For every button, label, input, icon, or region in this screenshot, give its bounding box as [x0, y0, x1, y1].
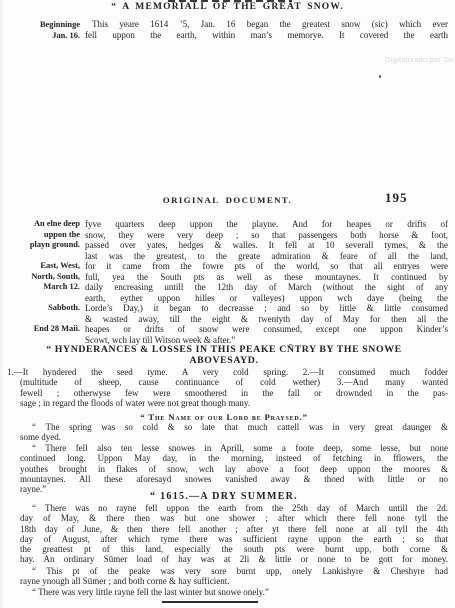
- text-line: day of May, & there then was but one sho…: [20, 513, 448, 523]
- text-line: fell uppon the earth, within man’s memor…: [85, 30, 448, 41]
- text-line: earth, eyther uppon hilles or valleyes) …: [85, 293, 448, 304]
- text-line: hay. An ordinary Sūmer load of hay was a…: [20, 554, 448, 564]
- margin-note: End 28 Maii.: [0, 324, 85, 335]
- margin-note: Beginninge: [0, 19, 85, 30]
- text-line: youthes brought in flakes of snow, wch l…: [20, 464, 448, 474]
- text-line: passed over yates, hedges & walles. It f…: [85, 240, 448, 251]
- winter-paragraph: “ There was very little rayne fell the l…: [20, 587, 448, 597]
- text-row: earth, eyther uppon hilles or valleyes) …: [0, 293, 448, 304]
- snow-paragraph: An elne deep fyve quarters deep uppon th…: [0, 219, 448, 345]
- text-row: East, West, for it came from the fowre p…: [0, 261, 448, 272]
- praysed-heading: “ The Name of our Lord be Praysed.”: [0, 412, 448, 422]
- hynderances-heading: “ HYNDERANCES & LOSSES IN THIS PEAKE CN̄…: [0, 344, 448, 366]
- text-row: & wasted away, till the eight & twentyth…: [0, 314, 448, 325]
- margin-note: Jan. 16.: [0, 30, 85, 41]
- margin-note: An elne deep: [0, 219, 85, 230]
- text-row: North, South, full, yea the South pts as…: [0, 272, 448, 283]
- text-line: mountaynes. All these aforesayd snowes v…: [20, 474, 448, 484]
- text-line: 18th day of June, & then there fell anot…: [20, 524, 448, 534]
- peake-paragraph: “ This pt of the peake was very sore bur…: [20, 566, 448, 587]
- text-line: some dyed.: [20, 432, 448, 442]
- book-page: “ A MEMORIALL OF THE GREAT SNOW. Beginni…: [0, 0, 455, 608]
- text-line: “ The spring was so cold & so late that …: [20, 422, 448, 432]
- text-line: continued long. Uppon May day, in the mo…: [20, 453, 448, 463]
- text-row: March 12. daily encreasing untill the 12…: [0, 282, 448, 293]
- april-snow-paragraph: “ There fell also ten lesse snowes in Ap…: [20, 443, 448, 494]
- dry-summer-paragraph: “ There was no rayne fell uppon the eart…: [20, 503, 448, 565]
- text-line: for it came from the fowre pts of the wo…: [85, 261, 448, 272]
- text-row: uppon the snow, they were very deep ; so…: [0, 230, 448, 241]
- heading-line: ABOVESAYD.: [0, 355, 448, 366]
- text-line: day of August, after which tyme there wa…: [20, 534, 448, 544]
- text-line: snow, they were very deep ; so that pass…: [85, 230, 448, 241]
- margin-note: Sabboth.: [0, 303, 85, 314]
- text-line: (multitude of sheep, cause continuance o…: [20, 377, 448, 387]
- text-line: Lorde’s Day,) it began to decreasse ; an…: [85, 303, 448, 314]
- memorial-title: “ A MEMORIALL OF THE GREAT SNOW.: [0, 2, 455, 12]
- dry-summer-heading: “ 1615.—A DRY SUMMER.: [0, 491, 448, 502]
- text-line: fyve quarters deep uppon the playne. And…: [85, 219, 448, 230]
- text-row: playn ground. passed over yates, hedges …: [0, 240, 448, 251]
- ink-speck: [379, 75, 381, 78]
- text-row: last was the greatest, to the greate adm…: [0, 251, 448, 262]
- text-row: End 28 Maii. heapes or drifts of snow we…: [0, 324, 448, 335]
- margin-note: [0, 251, 85, 262]
- margin-note: March 12.: [0, 282, 85, 293]
- scan-watermark: Digitalizado por Gc: [385, 55, 454, 64]
- text-row: Beginninge This yeare 1614 ’5, Jan. 16 b…: [0, 19, 448, 30]
- text-line: last was the greatest, to the greate adm…: [85, 251, 448, 262]
- margin-note: playn ground.: [0, 240, 85, 251]
- text-line: & wasted away, till the eight & twentyth…: [85, 314, 448, 325]
- text-line: rayne ynough all Sūmer ; and both corne …: [20, 576, 448, 586]
- memorial-paragraph: Beginninge This yeare 1614 ’5, Jan. 16 b…: [0, 19, 448, 41]
- margin-note: uppon the: [0, 230, 85, 241]
- end-rule: [162, 601, 258, 603]
- text-line: daily encreasing untill the 12th day of …: [85, 282, 448, 293]
- text-line: fewell ; otherwyse few were smoothered i…: [20, 388, 448, 398]
- heading-line: “ HYNDERANCES & LOSSES IN THIS PEAKE CN̄…: [0, 344, 448, 355]
- text-line: heapes or drifts of snow were consumed, …: [85, 324, 448, 335]
- margin-note: North, South,: [0, 272, 85, 283]
- hynderances-paragraph: 1.—It hyndered the seed tyme. A very col…: [20, 367, 448, 409]
- text-line: “ There was no rayne fell uppon the eart…: [20, 503, 448, 513]
- margin-note: [0, 314, 85, 325]
- page-number: 195: [385, 190, 408, 206]
- text-line: “ There was very little rayne fell the l…: [20, 587, 448, 597]
- text-line: 1.—It hyndered the seed tyme. A very col…: [20, 367, 448, 377]
- text-row: Jan. 16. fell uppon the earth, within ma…: [0, 30, 448, 41]
- text-row: Sabboth. Lorde’s Day,) it began to decre…: [0, 303, 448, 314]
- text-line: “ This pt of the peake was very sore bur…: [20, 566, 448, 576]
- margin-note: East, West,: [0, 261, 85, 272]
- text-row: An elne deep fyve quarters deep uppon th…: [0, 219, 448, 230]
- spring-paragraph: “ The spring was so cold & so late that …: [20, 422, 448, 443]
- text-line: full, yea the South pts as well as these…: [85, 272, 448, 283]
- text-line: sage ; in regard the floods of water wer…: [20, 398, 448, 408]
- text-line: the greattest pt of this land, especiall…: [20, 544, 448, 554]
- text-line: This yeare 1614 ’5, Jan. 16 began the gr…: [85, 19, 448, 30]
- margin-note: [0, 293, 85, 304]
- text-line: “ There fell also ten lesse snowes in Ap…: [20, 443, 448, 453]
